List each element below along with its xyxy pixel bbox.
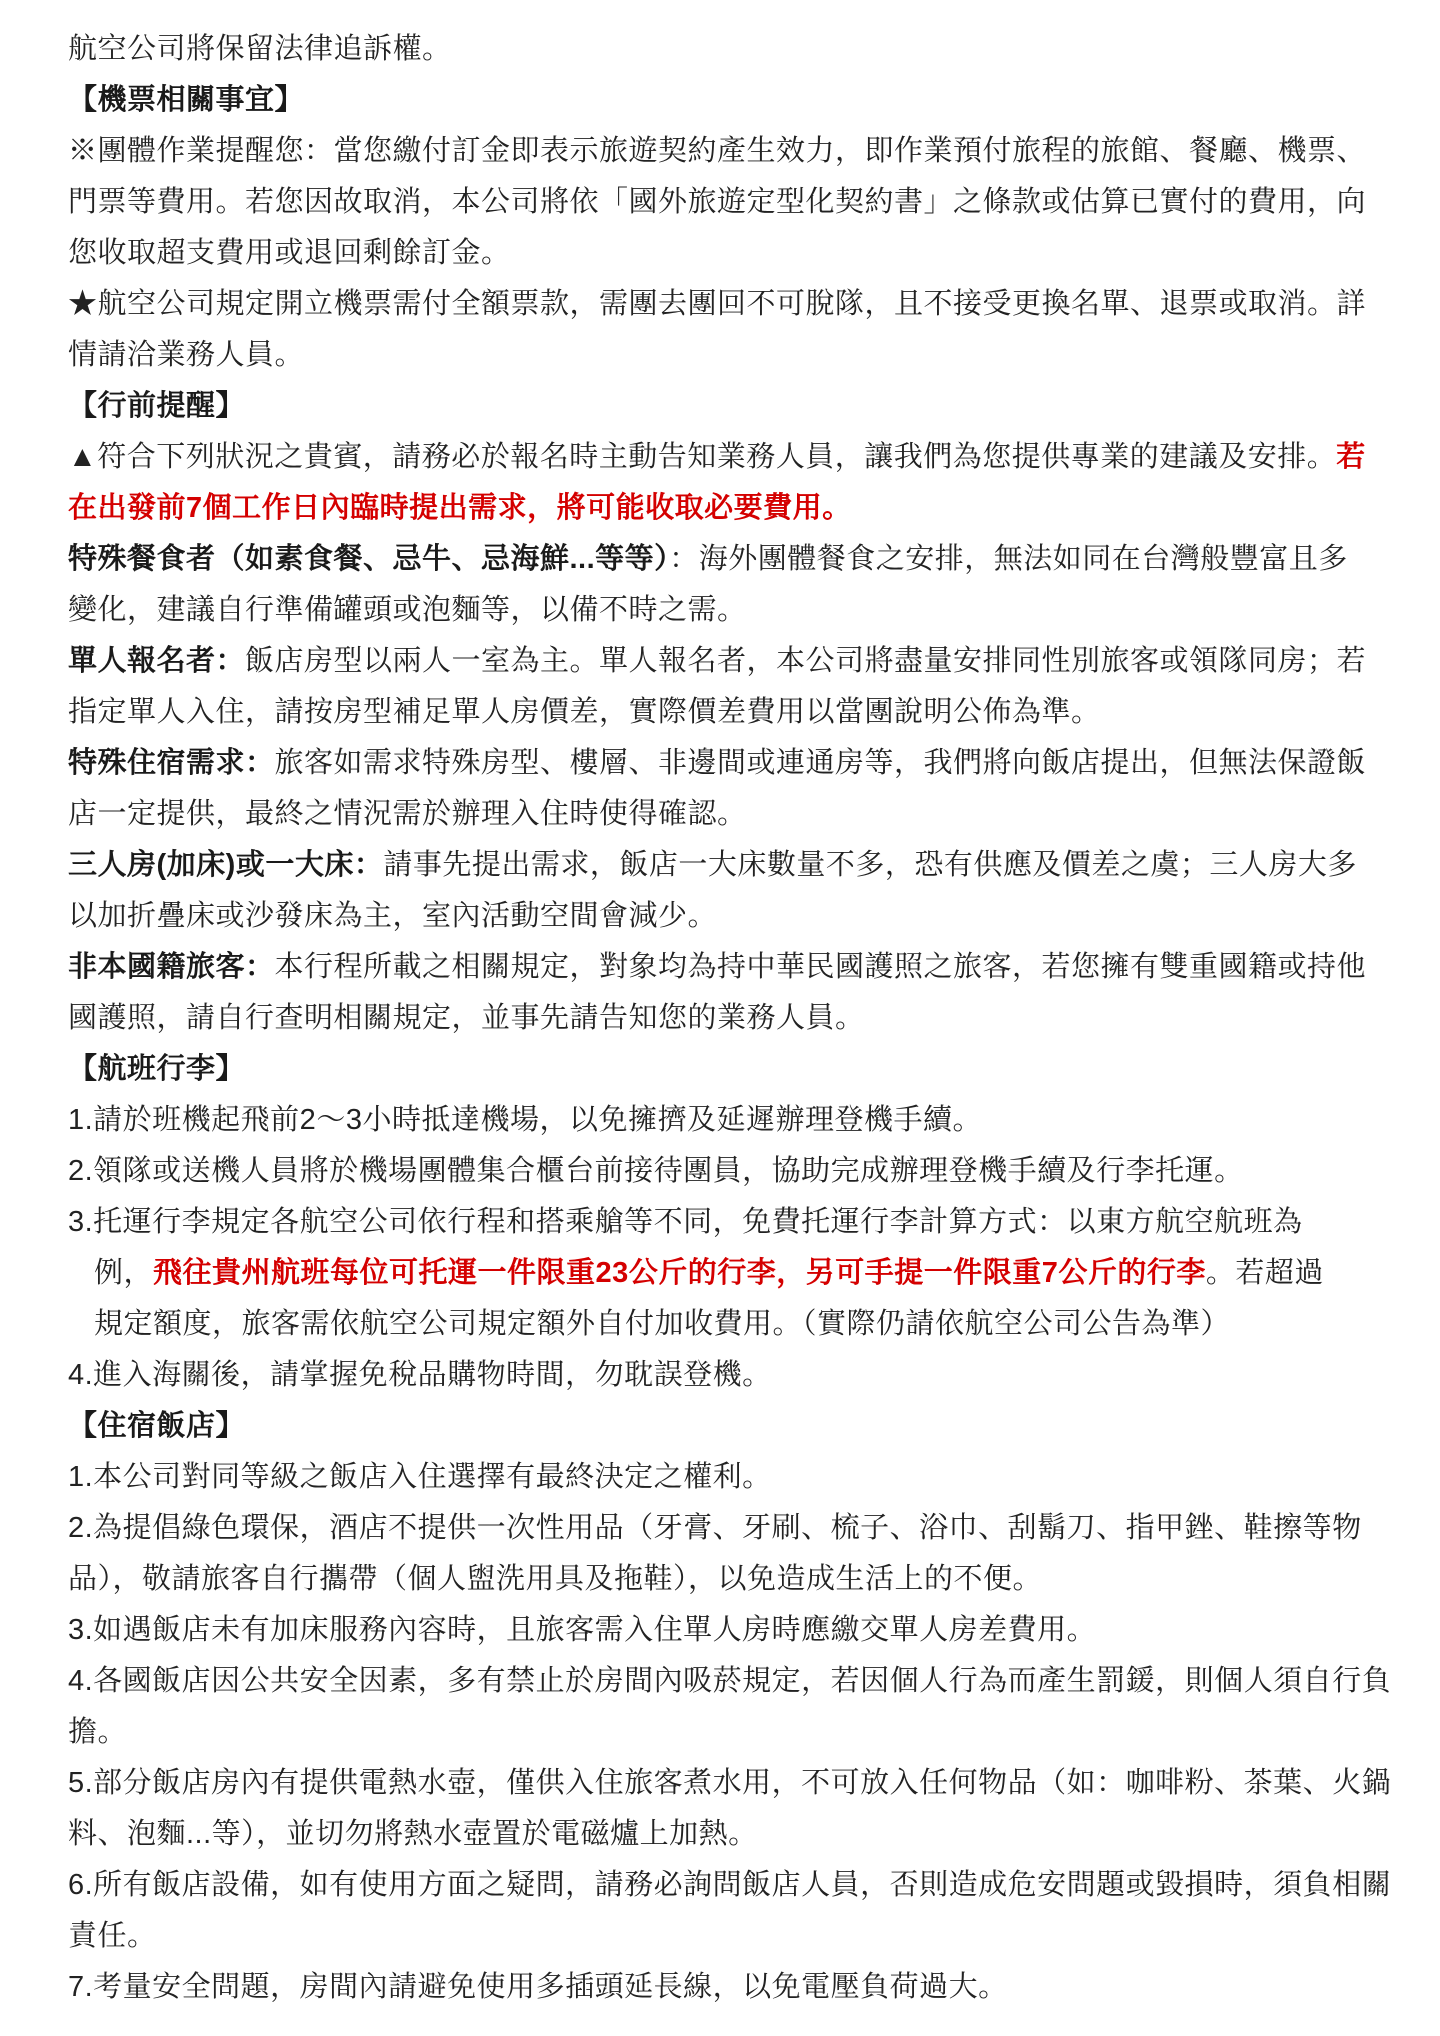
text-line: 變化，建議自行準備罐頭或泡麵等，以備不時之需。 (68, 585, 1400, 636)
section-heading: 【住宿飯店】 (68, 1410, 245, 1442)
text-line: 情請洽業務人員。 (68, 330, 1400, 381)
body-text: 6.所有飯店設備，如有使用方面之疑問，請務必詢問飯店人員，否則造成危安問題或毀損… (68, 1869, 1391, 1901)
body-text: 2.領隊或送機人員將於機場團體集合櫃台前接待團員，協助完成辦理登機手續及行李托運… (68, 1155, 1244, 1187)
body-text: 變化，建議自行準備罐頭或泡麵等，以備不時之需。 (68, 594, 747, 626)
body-text: 您收取超支費用或退回剩餘訂金。 (68, 237, 511, 269)
body-text: 以加折疊床或沙發床為主，室內活動空間會減少。 (68, 900, 717, 932)
bold-label: 三人房(加床)或一大床： (68, 849, 383, 881)
body-text: 請事先提出需求，飯店一大床數量不多，恐有供應及價差之虞；三人房大多 (383, 849, 1357, 881)
text-line: ▲符合下列狀況之貴賓，請務必於報名時主動告知業務人員，讓我們為您提供專業的建議及… (68, 432, 1400, 483)
bold-label: 非本國籍旅客： (68, 951, 275, 983)
body-text: 。若超過 (1206, 1257, 1324, 1289)
text-line: 【航班行李】 (68, 1044, 1400, 1095)
text-line: 以加折疊床或沙發床為主，室內活動空間會減少。 (68, 891, 1400, 942)
red-highlight-text: 若 (1336, 441, 1366, 473)
text-line: ★航空公司規定開立機票需付全額票款，需團去團回不可脫隊，且不接受更換名單、退票或… (68, 279, 1400, 330)
body-text: ★航空公司規定開立機票需付全額票款，需團去團回不可脫隊，且不接受更換名單、退票或… (68, 288, 1366, 320)
text-line: 4.各國飯店因公共安全因素，多有禁止於房間內吸菸規定，若因個人行為而產生罰鍰，則… (68, 1656, 1400, 1707)
text-line: 2.為提倡綠色環保，酒店不提供一次性用品（牙膏、牙刷、梳子、浴巾、刮鬍刀、指甲銼… (68, 1503, 1400, 1554)
body-text: 5.部分飯店房內有提供電熱水壺，僅供入住旅客煮水用，不可放入任何物品（如：咖啡粉… (68, 1767, 1391, 1799)
text-line: 4.進入海關後，請掌握免稅品購物時間，勿耽誤登機。 (68, 1350, 1400, 1401)
body-text: 門票等費用。若您因故取消，本公司將依「國外旅遊定型化契約書」之條款或估算已實付的… (68, 186, 1366, 218)
bold-label: 特殊住宿需求： (68, 747, 275, 779)
text-line: 國護照，請自行查明相關規定，並事先請告知您的業務人員。 (68, 993, 1400, 1044)
text-line: 1.本公司對同等級之飯店入住選擇有最終決定之權利。 (68, 1452, 1400, 1503)
text-line: 1.請於班機起飛前2～3小時抵達機場，以免擁擠及延遲辦理登機手續。 (68, 1095, 1400, 1146)
text-line: 【行前提醒】 (68, 381, 1400, 432)
body-text: 品），敬請旅客自行攜帶（個人盥洗用具及拖鞋），以免造成生活上的不便。 (68, 1563, 1042, 1595)
text-line: 非本國籍旅客：本行程所載之相關規定，對象均為持中華民國護照之旅客，若您擁有雙重國… (68, 942, 1400, 993)
text-line: ※團體作業提醒您：當您繳付訂金即表示旅遊契約產生效力，即作業預付旅程的旅館、餐廳… (68, 126, 1400, 177)
text-line: 指定單人入住，請按房型補足單人房價差，實際價差費用以當團說明公佈為準。 (68, 687, 1400, 738)
section-heading: 【機票相關事宜】 (68, 84, 304, 116)
red-highlight-text: 在出發前7個工作日內臨時提出需求，將可能收取必要費用。 (68, 492, 852, 524)
section-heading: 【行前提醒】 (68, 390, 245, 422)
text-line: 品），敬請旅客自行攜帶（個人盥洗用具及拖鞋），以免造成生活上的不便。 (68, 1554, 1400, 1605)
text-line: 例，飛往貴州航班每位可托運一件限重23公斤的行李，另可手提一件限重7公斤的行李。… (68, 1248, 1400, 1299)
body-text: 7.考量安全問題，房間內請避免使用多插頭延長線，以免電壓負荷過大。 (68, 1971, 1008, 2003)
body-text: 3.托運行李規定各航空公司依行程和搭乘艙等不同，免費托運行李計算方式：以東方航空… (68, 1206, 1303, 1238)
text-line: 規定額度，旅客需依航空公司規定額外自付加收費用。（實際仍請依航空公司公告為準） (68, 1299, 1400, 1350)
text-line: 責任。 (68, 1911, 1400, 1962)
body-text: 1.請於班機起飛前2～3小時抵達機場，以免擁擠及延遲辦理登機手續。 (68, 1104, 982, 1136)
body-text: ▲符合下列狀況之貴賓，請務必於報名時主動告知業務人員，讓我們為您提供專業的建議及… (68, 441, 1336, 473)
text-line: 航空公司將保留法律追訴權。 (68, 24, 1400, 75)
bold-label: 單人報名者： (68, 645, 245, 677)
text-line: 6.所有飯店設備，如有使用方面之疑問，請務必詢問飯店人員，否則造成危安問題或毀損… (68, 1860, 1400, 1911)
body-text: 1.本公司對同等級之飯店入住選擇有最終決定之權利。 (68, 1461, 772, 1493)
body-text: 情請洽業務人員。 (68, 339, 304, 371)
body-text: 規定額度，旅客需依航空公司規定額外自付加收費用。（實際仍請依航空公司公告為準） (94, 1308, 1230, 1340)
red-highlight-text: 飛往貴州航班每位可托運一件限重23公斤的行李，另可手提一件限重7公斤的行李 (153, 1257, 1206, 1289)
bold-label: 特殊餐食者（如素食餐、忌牛、忌海鮮...等等） (68, 543, 669, 575)
text-line: 特殊住宿需求：旅客如需求特殊房型、樓層、非邊間或連通房等，我們將向飯店提出，但無… (68, 738, 1400, 789)
body-text: 旅客如需求特殊房型、樓層、非邊間或連通房等，我們將向飯店提出，但無法保證飯 (275, 747, 1367, 779)
text-line: 3.托運行李規定各航空公司依行程和搭乘艙等不同，免費托運行李計算方式：以東方航空… (68, 1197, 1400, 1248)
body-text: 本行程所載之相關規定，對象均為持中華民國護照之旅客，若您擁有雙重國籍或持他 (275, 951, 1367, 983)
text-line: 您收取超支費用或退回剩餘訂金。 (68, 228, 1400, 279)
text-line: 料、泡麵...等），並切勿將熱水壺置於電磁爐上加熱。 (68, 1809, 1400, 1860)
text-line: 在出發前7個工作日內臨時提出需求，將可能收取必要費用。 (68, 483, 1400, 534)
text-line: 【機票相關事宜】 (68, 75, 1400, 126)
text-line: 擔。 (68, 1707, 1400, 1758)
text-line: 特殊餐食者（如素食餐、忌牛、忌海鮮...等等）：海外團體餐食之安排，無法如同在台… (68, 534, 1400, 585)
text-line: 3.如遇飯店未有加床服務內容時，且旅客需入住單人房時應繳交單人房差費用。 (68, 1605, 1400, 1656)
text-line: 2.領隊或送機人員將於機場團體集合櫃台前接待團員，協助完成辦理登機手續及行李托運… (68, 1146, 1400, 1197)
body-text: ※團體作業提醒您：當您繳付訂金即表示旅遊契約產生效力，即作業預付旅程的旅館、餐廳… (68, 135, 1366, 167)
body-text: 例， (94, 1257, 153, 1289)
text-line: 店一定提供，最終之情況需於辦理入住時使得確認。 (68, 789, 1400, 840)
body-text: 擔。 (68, 1716, 127, 1748)
body-text: 3.如遇飯店未有加床服務內容時，且旅客需入住單人房時應繳交單人房差費用。 (68, 1614, 1096, 1646)
body-text: 航空公司將保留法律追訴權。 (68, 33, 452, 65)
body-text: 料、泡麵...等），並切勿將熱水壺置於電磁爐上加熱。 (68, 1818, 758, 1850)
body-text: 2.為提倡綠色環保，酒店不提供一次性用品（牙膏、牙刷、梳子、浴巾、刮鬍刀、指甲銼… (68, 1512, 1362, 1544)
text-line: 7.考量安全問題，房間內請避免使用多插頭延長線，以免電壓負荷過大。 (68, 1962, 1400, 2013)
body-text: 店一定提供，最終之情況需於辦理入住時使得確認。 (68, 798, 747, 830)
body-text: 國護照，請自行查明相關規定，並事先請告知您的業務人員。 (68, 1002, 865, 1034)
body-text: 責任。 (68, 1920, 157, 1952)
body-text: 飯店房型以兩人一室為主。單人報名者，本公司將盡量安排同性別旅客或領隊同房；若 (245, 645, 1366, 677)
body-text: 指定單人入住，請按房型補足單人房價差，實際價差費用以當團說明公佈為準。 (68, 696, 1101, 728)
text-line: 【住宿飯店】 (68, 1401, 1400, 1452)
body-text: 4.進入海關後，請掌握免稅品購物時間，勿耽誤登機。 (68, 1359, 772, 1391)
section-heading: 【航班行李】 (68, 1053, 245, 1085)
body-text: ：海外團體餐食之安排，無法如同在台灣般豐富且多 (669, 543, 1348, 575)
text-line: 5.部分飯店房內有提供電熱水壺，僅供入住旅客煮水用，不可放入任何物品（如：咖啡粉… (68, 1758, 1400, 1809)
text-line: 單人報名者：飯店房型以兩人一室為主。單人報名者，本公司將盡量安排同性別旅客或領隊… (68, 636, 1400, 687)
body-text: 4.各國飯店因公共安全因素，多有禁止於房間內吸菸規定，若因個人行為而產生罰鍰，則… (68, 1665, 1391, 1697)
travel-notice-document: 航空公司將保留法律追訴權。【機票相關事宜】※團體作業提醒您：當您繳付訂金即表示旅… (0, 0, 1440, 2013)
text-line: 三人房(加床)或一大床：請事先提出需求，飯店一大床數量不多，恐有供應及價差之虞；… (68, 840, 1400, 891)
text-line: 門票等費用。若您因故取消，本公司將依「國外旅遊定型化契約書」之條款或估算已實付的… (68, 177, 1400, 228)
